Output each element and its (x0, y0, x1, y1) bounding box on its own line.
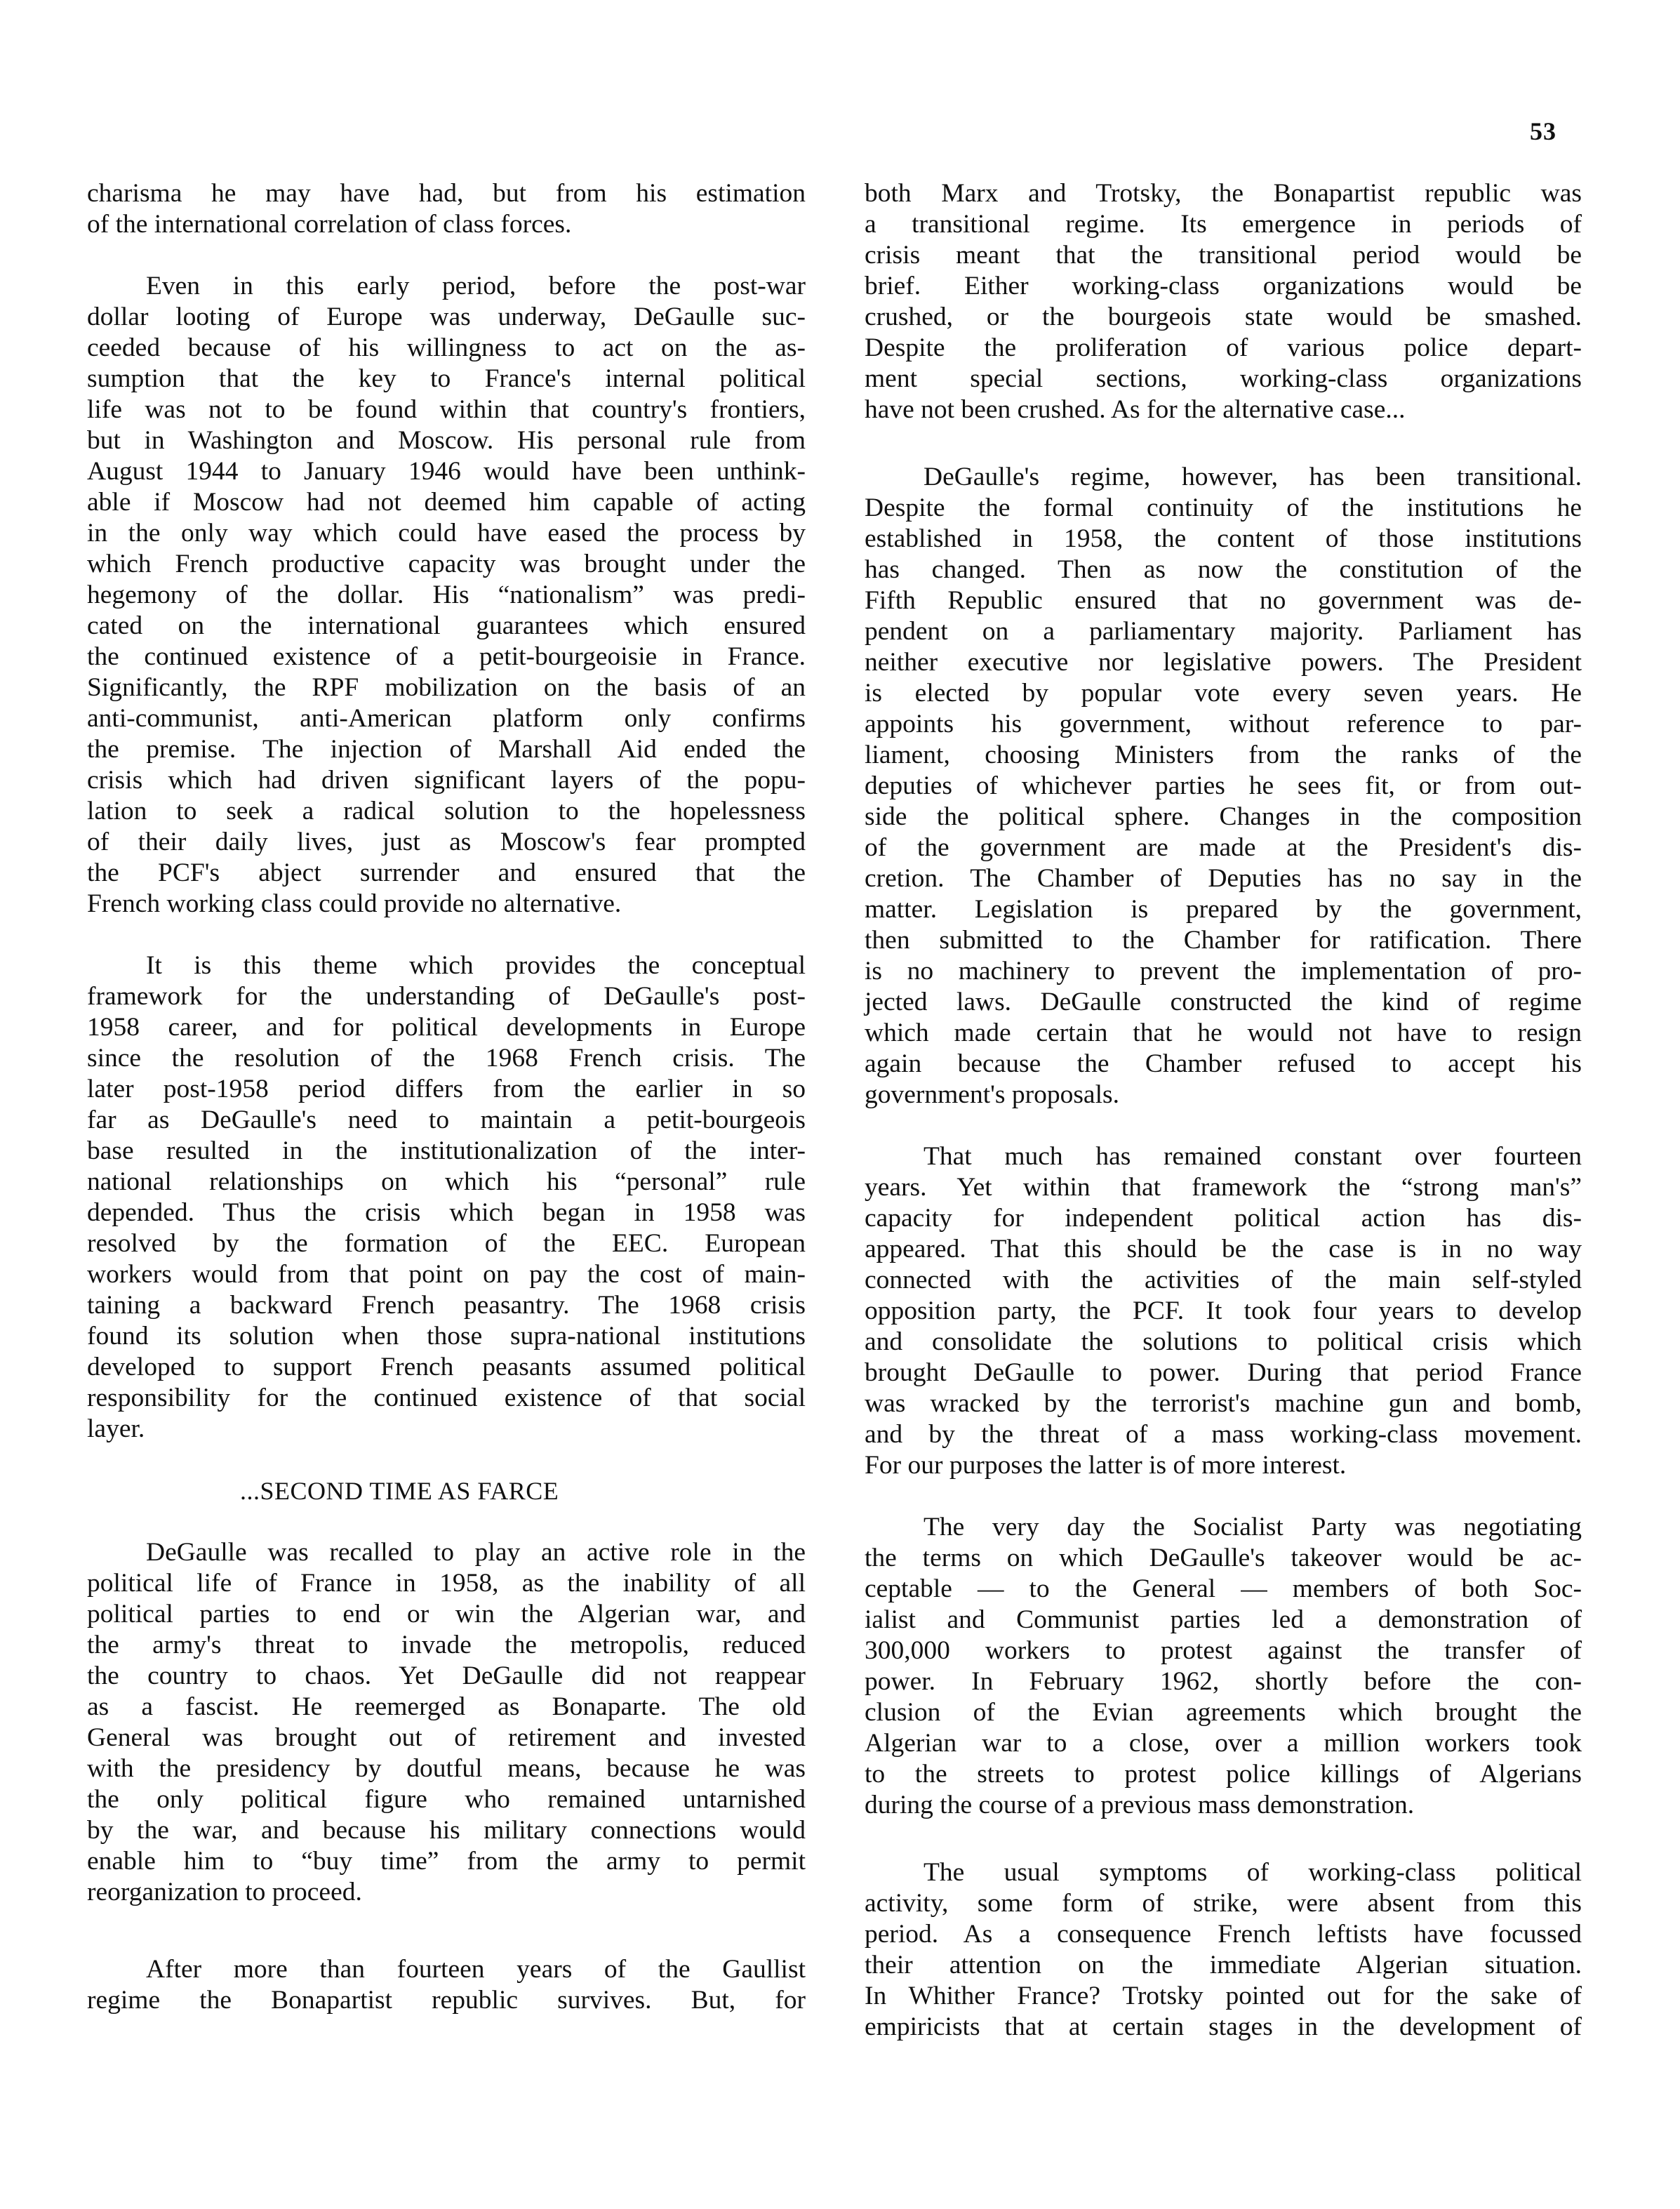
text-line: their attention on the immediate Algeria… (865, 1950, 1582, 1981)
text-line: matter. Legislation is prepared by the g… (865, 894, 1582, 925)
text-line: the army's threat to invade the metropol… (87, 1630, 806, 1661)
text-line: It is this theme which provides the conc… (87, 950, 806, 981)
paragraph: DeGaulle's regime, however, has been tra… (865, 462, 1582, 1110)
text-line: power. In February 1962, shortly before … (865, 1666, 1582, 1697)
text-line: layer. (87, 1414, 806, 1445)
text-line: as a fascist. He reemerged as Bonaparte.… (87, 1692, 806, 1723)
text-line: charisma he may have had, but from his e… (87, 178, 806, 209)
paragraph: It is this theme which provides the conc… (87, 950, 806, 1445)
text-line: the premise. The injection of Marshall A… (87, 734, 806, 765)
text-line: brought DeGaulle to power. During that p… (865, 1358, 1582, 1388)
text-line: Fifth Republic ensured that no governmen… (865, 585, 1582, 616)
text-line: DeGaulle was recalled to play an active … (87, 1537, 806, 1568)
text-line: jected laws. DeGaulle constructed the ki… (865, 987, 1582, 1018)
text-line: crisis meant that the transitional perio… (865, 240, 1582, 271)
text-line: After more than fourteen years of the Ga… (87, 1954, 806, 1985)
text-line: during the course of a previous mass dem… (865, 1790, 1582, 1821)
text-line: political life of France in 1958, as the… (87, 1568, 806, 1599)
text-line: Algerian war to a close, over a million … (865, 1728, 1582, 1759)
text-line: DeGaulle's regime, however, has been tra… (865, 462, 1582, 493)
text-line: dollar looting of Europe was underway, D… (87, 302, 806, 333)
text-line: government's proposals. (865, 1080, 1582, 1110)
text-line: national relationships on which his “per… (87, 1167, 806, 1198)
text-line: the terms on which DeGaulle's takeover w… (865, 1543, 1582, 1574)
text-line: a transitional regime. Its emergence in … (865, 209, 1582, 240)
text-line: again because the Chamber refused to acc… (865, 1049, 1582, 1080)
text-line: capacity for independent political actio… (865, 1203, 1582, 1234)
text-line: reorganization to proceed. (87, 1877, 806, 1908)
text-line: of the international correlation of clas… (87, 209, 806, 240)
text-line: liament, choosing Ministers from the ran… (865, 740, 1582, 771)
text-line: resolved by the formation of the EEC. Eu… (87, 1228, 806, 1259)
text-line: empiricists that at certain stages in th… (865, 2012, 1582, 2043)
text-line: base resulted in the institutionalizatio… (87, 1136, 806, 1167)
text-line: French working class could provide no al… (87, 889, 806, 920)
text-line: to the streets to protest police killing… (865, 1759, 1582, 1790)
text-line: General was brought out of retirement an… (87, 1723, 806, 1753)
text-line: ceeded because of his willingness to act… (87, 333, 806, 364)
text-line: ment special sections, working-class org… (865, 364, 1582, 394)
text-line: is no machinery to prevent the implement… (865, 956, 1582, 987)
text-line: Despite the formal continuity of the ins… (865, 493, 1582, 524)
text-line: depended. Thus the crisis which began in… (87, 1198, 806, 1228)
text-line: August 1944 to January 1946 would have b… (87, 456, 806, 487)
text-line: established in 1958, the content of thos… (865, 524, 1582, 555)
text-line: That much has remained constant over fou… (865, 1141, 1582, 1172)
text-line: has changed. Then as now the constitutio… (865, 555, 1582, 585)
paragraph: both Marx and Trotsky, the Bonapartist r… (865, 178, 1582, 425)
paragraph: Even in this early period, before the po… (87, 271, 806, 920)
text-line: but in Washington and Moscow. His person… (87, 425, 806, 456)
text-line: the only political figure who remained u… (87, 1784, 806, 1815)
text-line: activity, some form of strike, were abse… (865, 1888, 1582, 1919)
text-line: Despite the proliferation of various pol… (865, 333, 1582, 364)
text-line: and consolidate the solutions to politic… (865, 1327, 1582, 1358)
text-line: 300,000 workers to protest against the t… (865, 1636, 1582, 1666)
text-line: Even in this early period, before the po… (87, 271, 806, 302)
text-line: later post-1958 period differs from the … (87, 1074, 806, 1105)
text-line: of their daily lives, just as Moscow's f… (87, 827, 806, 858)
text-line: the continued existence of a petit-bourg… (87, 642, 806, 672)
text-line: The usual symptoms of working-class poli… (865, 1857, 1582, 1888)
text-line: crushed, or the bourgeois state would be… (865, 302, 1582, 333)
paragraph: That much has remained constant over fou… (865, 1141, 1582, 1481)
text-line: years. Yet within that framework the “st… (865, 1172, 1582, 1203)
text-line: developed to support French peasants ass… (87, 1352, 806, 1383)
text-line: crisis which had driven significant laye… (87, 765, 806, 796)
text-line: far as DeGaulle's need to maintain a pet… (87, 1105, 806, 1136)
text-line: enable him to “buy time” from the army t… (87, 1846, 806, 1877)
text-line: side the political sphere. Changes in th… (865, 802, 1582, 832)
text-line: with the presidency by doutful means, be… (87, 1753, 806, 1784)
text-line: taining a backward French peasantry. The… (87, 1290, 806, 1321)
paragraph: After more than fourteen years of the Ga… (87, 1954, 806, 2016)
text-line: In Whither France? Trotsky pointed out f… (865, 1981, 1582, 2012)
text-line: the PCF's abject surrender and ensured t… (87, 858, 806, 889)
text-line: The very day the Socialist Party was neg… (865, 1512, 1582, 1543)
text-line: of the government are made at the Presid… (865, 832, 1582, 863)
text-line: is elected by popular vote every seven y… (865, 678, 1582, 709)
text-line: responsibility for the continued existen… (87, 1383, 806, 1414)
left-column: charisma he may have had, but from his e… (87, 178, 806, 2016)
text-line: and by the threat of a mass working-clas… (865, 1419, 1582, 1450)
text-line: which made certain that he would not hav… (865, 1018, 1582, 1049)
text-line: brief. Either working-class organization… (865, 271, 1582, 302)
text-line: lation to seek a radical solution to the… (87, 796, 806, 827)
text-line: ceptable — to the General — members of b… (865, 1574, 1582, 1605)
text-line: which French productive capacity was bro… (87, 549, 806, 580)
text-line: political parties to end or win the Alge… (87, 1599, 806, 1630)
text-line: was wracked by the terrorist's machine g… (865, 1388, 1582, 1419)
text-line: sumption that the key to France's intern… (87, 364, 806, 394)
text-line: pendent on a parliamentary majority. Par… (865, 616, 1582, 647)
section-heading: ...SECOND TIME AS FARCE (87, 1475, 806, 1506)
text-line: ialist and Communist parties led a demon… (865, 1605, 1582, 1636)
text-line: appoints his government, without referen… (865, 709, 1582, 740)
text-line: regime the Bonapartist republic survives… (87, 1985, 806, 2016)
paragraph: DeGaulle was recalled to play an active … (87, 1537, 806, 1908)
text-line: found its solution when those supra-nati… (87, 1321, 806, 1352)
text-line: have not been crushed. As for the altern… (865, 394, 1582, 425)
paragraph: charisma he may have had, but from his e… (87, 178, 806, 240)
text-line: For our purposes the latter is of more i… (865, 1450, 1582, 1481)
text-line: cretion. The Chamber of Deputies has no … (865, 863, 1582, 894)
text-line: life was not to be found within that cou… (87, 394, 806, 425)
text-line: framework for the understanding of DeGau… (87, 981, 806, 1012)
text-line: both Marx and Trotsky, the Bonapartist r… (865, 178, 1582, 209)
text-line: workers would from that point on pay the… (87, 1259, 806, 1290)
text-line: connected with the activities of the mai… (865, 1265, 1582, 1296)
right-column: both Marx and Trotsky, the Bonapartist r… (865, 178, 1582, 2043)
text-line: then submitted to the Chamber for ratifi… (865, 925, 1582, 956)
text-line: anti-communist, anti-American platform o… (87, 703, 806, 734)
text-line: in the only way which could have eased t… (87, 518, 806, 549)
text-line: neither executive nor legislative powers… (865, 647, 1582, 678)
text-line: appeared. That this should be the case i… (865, 1234, 1582, 1265)
page-number: 53 (1530, 117, 1556, 146)
text-line: 1958 career, and for political developme… (87, 1012, 806, 1043)
text-line: period. As a consequence French leftists… (865, 1919, 1582, 1950)
text-line: Significantly, the RPF mobilization on t… (87, 672, 806, 703)
text-line: hegemony of the dollar. His “nationalism… (87, 580, 806, 611)
paragraph: The usual symptoms of working-class poli… (865, 1857, 1582, 2043)
text-line: able if Moscow had not deemed him capabl… (87, 487, 806, 518)
text-line: since the resolution of the 1968 French … (87, 1043, 806, 1074)
text-line: opposition party, the PCF. It took four … (865, 1296, 1582, 1327)
text-line: clusion of the Evian agreements which br… (865, 1697, 1582, 1728)
paragraph: The very day the Socialist Party was neg… (865, 1512, 1582, 1821)
text-line: the country to chaos. Yet DeGaulle did n… (87, 1661, 806, 1692)
text-line: by the war, and because his military con… (87, 1815, 806, 1846)
text-line: cated on the international guarantees wh… (87, 611, 806, 642)
text-line: deputies of whichever parties he sees fi… (865, 771, 1582, 802)
